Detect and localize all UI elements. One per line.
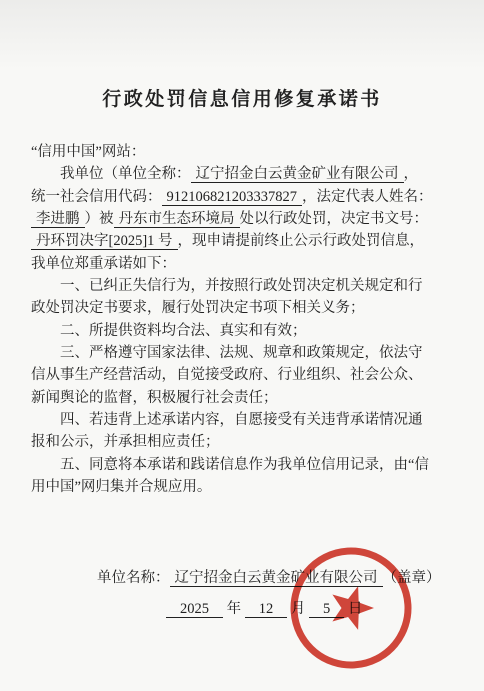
text-segment: 年 <box>223 601 245 617</box>
text-segment: ）被 <box>85 211 114 227</box>
body-line: 报和公示，并承担相应责任； <box>31 431 457 453</box>
body-line: 信从事生产经营活动，自觉接受政府、行业组织、社会公众、 <box>31 364 457 386</box>
filled-in-field: 912106821203337827 <box>162 189 303 206</box>
text-segment: 信从事生产经营活动，自觉接受政府、行业组织、社会公众、 <box>31 367 423 383</box>
filled-in-field: 丹环罚决字[2025]1 号 <box>31 233 178 250</box>
body-line: 四、若违背上述承诺内容，自愿接受有关违背承诺情况通 <box>31 409 457 431</box>
text-segment: 二、所提供资料均合法、真实和有效； <box>60 323 307 339</box>
text-segment: 一、已纠正失信行为，并按照行政处罚决定机关规定和行 <box>60 278 423 294</box>
body-line: “信用中国”网站： <box>31 141 457 163</box>
document-body: “信用中国”网站：我单位（单位全称：辽宁招金白云黄金矿业有限公司，统一社会信用代… <box>31 141 457 499</box>
seal-code-text: 2106820004423 <box>309 615 375 654</box>
text-segment: 我单位郑重承诺如下： <box>31 256 176 272</box>
text-segment: 四、若违背上述承诺内容，自愿接受有关违背承诺情况通 <box>60 412 423 428</box>
body-line: 新闻舆论的监督，积极履行社会责任； <box>31 387 457 409</box>
text-segment: 三、严格遵守国家法律、法规、规章和政策规定，依法守 <box>60 345 423 361</box>
text-segment: 新闻舆论的监督，积极履行社会责任； <box>31 390 278 406</box>
filled-in-field: 李进鹏 <box>31 211 85 228</box>
text-segment: 五、同意将本承诺和践诺信息作为我单位信用记录，由“信 <box>60 457 429 473</box>
body-line: 政处罚决定书要求，履行处罚决定书项下相关义务； <box>31 297 457 319</box>
body-line: 二、所提供资料均合法、真实和有效； <box>31 320 457 342</box>
text-segment: ，现申请提前终止公示行政处罚信息， <box>178 233 425 249</box>
filled-in-field: 2025 <box>166 601 223 618</box>
body-line: 丹环罚决字[2025]1 号，现申请提前终止公示行政处罚信息， <box>31 230 457 252</box>
text-segment: 政处罚决定书要求，履行处罚决定书项下相关义务； <box>31 300 365 316</box>
text-segment: 用中国”网归集并合规应用。 <box>31 479 211 495</box>
document-title: 行政处罚信息信用修复承诺书 <box>0 84 484 111</box>
body-line: 三、严格遵守国家法律、法规、规章和政策规定，依法守 <box>31 342 457 364</box>
text-segment: 统一社会信用代码： <box>31 189 162 205</box>
filled-in-field: 辽宁招金白云黄金矿业有限公司 <box>191 166 404 183</box>
text-segment: ， <box>404 166 419 182</box>
text-segment: “信用中国”网站： <box>31 144 145 160</box>
body-line: 李进鹏）被丹东市生态环境局处以行政处罚，决定书文号： <box>31 208 457 230</box>
text-segment: 单位名称： <box>97 570 170 586</box>
body-line: 用中国”网归集并合规应用。 <box>31 476 457 498</box>
text-segment: ，法定代表人姓名： <box>302 189 433 205</box>
body-line: 五、同意将本承诺和践诺信息作为我单位信用记录，由“信 <box>31 454 457 476</box>
body-line: 我单位（单位全称：辽宁招金白云黄金矿业有限公司， <box>31 163 457 185</box>
seal-star-icon <box>324 579 378 632</box>
document-page: 行政处罚信息信用修复承诺书 “信用中国”网站：我单位（单位全称：辽宁招金白云黄金… <box>0 0 484 691</box>
filled-in-field: 丹东市生态环境局 <box>114 211 240 228</box>
official-red-seal: 辽宁招金白云黄金矿业有限公司 2106820004423 <box>268 525 434 691</box>
text-segment: 报和公示，并承担相应责任； <box>31 434 220 450</box>
text-segment: 处以行政处罚，决定书文号： <box>240 211 429 227</box>
body-line: 我单位郑重承诺如下： <box>31 253 457 275</box>
body-line: 统一社会信用代码：912106821203337827，法定代表人姓名： <box>31 186 457 208</box>
text-segment: 我单位（单位全称： <box>60 166 191 182</box>
body-line: 一、已纠正失信行为，并按照行政处罚决定机关规定和行 <box>31 275 457 297</box>
